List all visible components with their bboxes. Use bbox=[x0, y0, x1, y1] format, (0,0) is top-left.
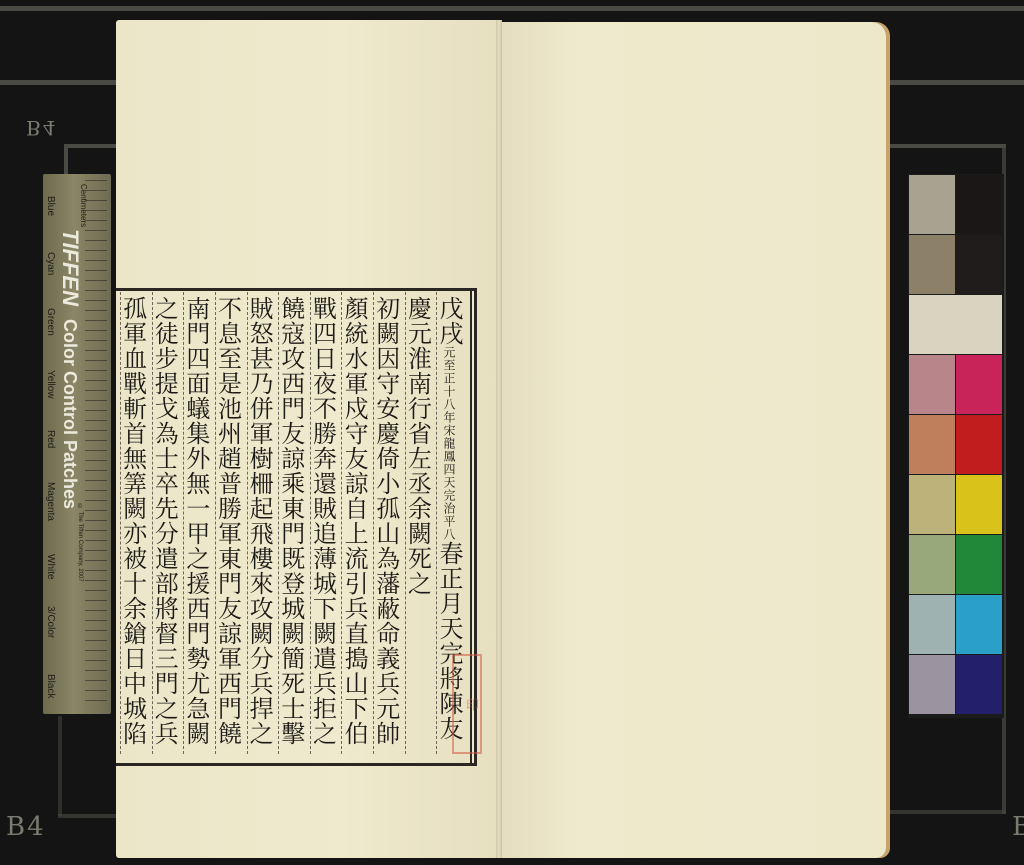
color-patch-pale-orange bbox=[909, 415, 955, 474]
color-patch-red bbox=[956, 415, 1002, 474]
color-control-ruler: Centimeters TIFFEN Color Control Patches… bbox=[43, 174, 111, 714]
text-column-4: 顏統水軍戍守友諒自上流引兵直搗山下伯顏與 bbox=[341, 292, 373, 754]
color-patch-tan bbox=[909, 235, 955, 294]
color-patch-black-1 bbox=[956, 175, 1002, 234]
color-patch-pale-violet bbox=[909, 655, 955, 714]
ruler-brand-logo: TIFFEN Color Control Patches bbox=[57, 229, 83, 509]
ruler-title: Color Control Patches bbox=[60, 319, 80, 509]
text-column-5: 戰四日夜不勝奔還賊追薄城下闕遣兵拒之俄而 bbox=[310, 292, 342, 754]
color-patch-chart bbox=[908, 174, 1004, 718]
text-column-10: 之徒步提戈為士卒先分遣部將督三門之兵自以 bbox=[152, 292, 184, 754]
text-column-8: 不息至是池州趙普勝軍東門友諒軍西門饒兵軍 bbox=[215, 292, 247, 754]
red-seal-stamp: 印 bbox=[452, 654, 482, 754]
color-patch-light-gray bbox=[909, 175, 955, 234]
color-patch-white bbox=[909, 295, 1002, 354]
color-patch-green bbox=[956, 535, 1002, 594]
text-column-1-note: 元至正十八年宋龍鳳四天完治平八 bbox=[442, 346, 456, 541]
text-column-11: 孤軍血戰斬首無筭闕亦被十余鎗日中城陷火起 bbox=[120, 292, 152, 754]
text-column-1-head: 戊戌 bbox=[436, 296, 463, 346]
text-column-2: 慶元淮南行省左丞余闕死之 bbox=[405, 292, 437, 754]
grid-frame-left-lower-side bbox=[58, 716, 62, 816]
color-patch-pale-cyan bbox=[909, 595, 955, 654]
ruler-ticks bbox=[85, 180, 107, 708]
color-patch-black-2 bbox=[956, 235, 1002, 294]
grid-line-top bbox=[0, 6, 1024, 11]
ruler-label-white: White bbox=[45, 554, 56, 580]
text-column-9: 南門四面蟻集外無一甲之援西門勢尤急闕自當 bbox=[183, 292, 215, 754]
grid-frame-right-top bbox=[890, 144, 1006, 148]
book-page-right-blank bbox=[500, 22, 886, 858]
ruler-label-green: Green bbox=[45, 308, 56, 336]
ruler-label-magenta: Magenta bbox=[45, 482, 56, 521]
ruler-label-cyan: Cyan bbox=[45, 252, 56, 275]
ruler-label-black: Black bbox=[45, 674, 56, 698]
grid-frame-left-side bbox=[64, 144, 68, 174]
color-patch-pale-yellow bbox=[909, 475, 955, 534]
color-patch-pale-pink bbox=[909, 355, 955, 414]
grid-label-b4-upper: B4 bbox=[26, 116, 57, 140]
grid-label-b4-lower: B4 bbox=[6, 812, 46, 842]
ruler-unit-label: Centimeters bbox=[79, 184, 88, 227]
grid-frame-left-bottom bbox=[58, 814, 116, 818]
grid-line-right-upper bbox=[890, 80, 1024, 85]
color-patch-yellow bbox=[956, 475, 1002, 534]
color-patch-magenta bbox=[956, 355, 1002, 414]
ruler-label-3color: 3/Color bbox=[45, 606, 56, 638]
color-patch-pale-green bbox=[909, 535, 955, 594]
grid-frame-left-top bbox=[64, 144, 116, 148]
ruler-label-blue: Blue bbox=[45, 196, 56, 216]
grid-line-left-upper bbox=[0, 80, 116, 85]
grid-frame-right-bottom bbox=[890, 810, 1006, 814]
color-patch-blue bbox=[956, 655, 1002, 714]
ruler-brand: TIFFEN bbox=[58, 229, 83, 306]
ruler-label-red: Red bbox=[45, 430, 56, 448]
book-gutter bbox=[496, 20, 502, 858]
printed-text-columns: 戊戌元至正十八年宋龍鳳四天完治平八春正月天完將陳友諒陷安 慶元淮南行省左丞余闕死… bbox=[120, 292, 468, 754]
text-column-3: 初闕因守安慶倚小孤山為藩蔽命義兵元帥胡伯 bbox=[373, 292, 405, 754]
ruler-label-yellow: Yellow bbox=[45, 370, 56, 399]
ruler-copyright: © The Tiffen Company, 2007 bbox=[77, 504, 83, 582]
grid-label-b-right: B bbox=[1012, 812, 1024, 842]
text-column-7: 賊怒甚乃併軍樹柵起飛樓來攻闕分兵捍之晝夜 bbox=[247, 292, 279, 754]
color-patch-cyan bbox=[956, 595, 1002, 654]
text-column-6: 饒寇攻西門友諒乘東門既登城闕簡死士擊敗之 bbox=[278, 292, 310, 754]
